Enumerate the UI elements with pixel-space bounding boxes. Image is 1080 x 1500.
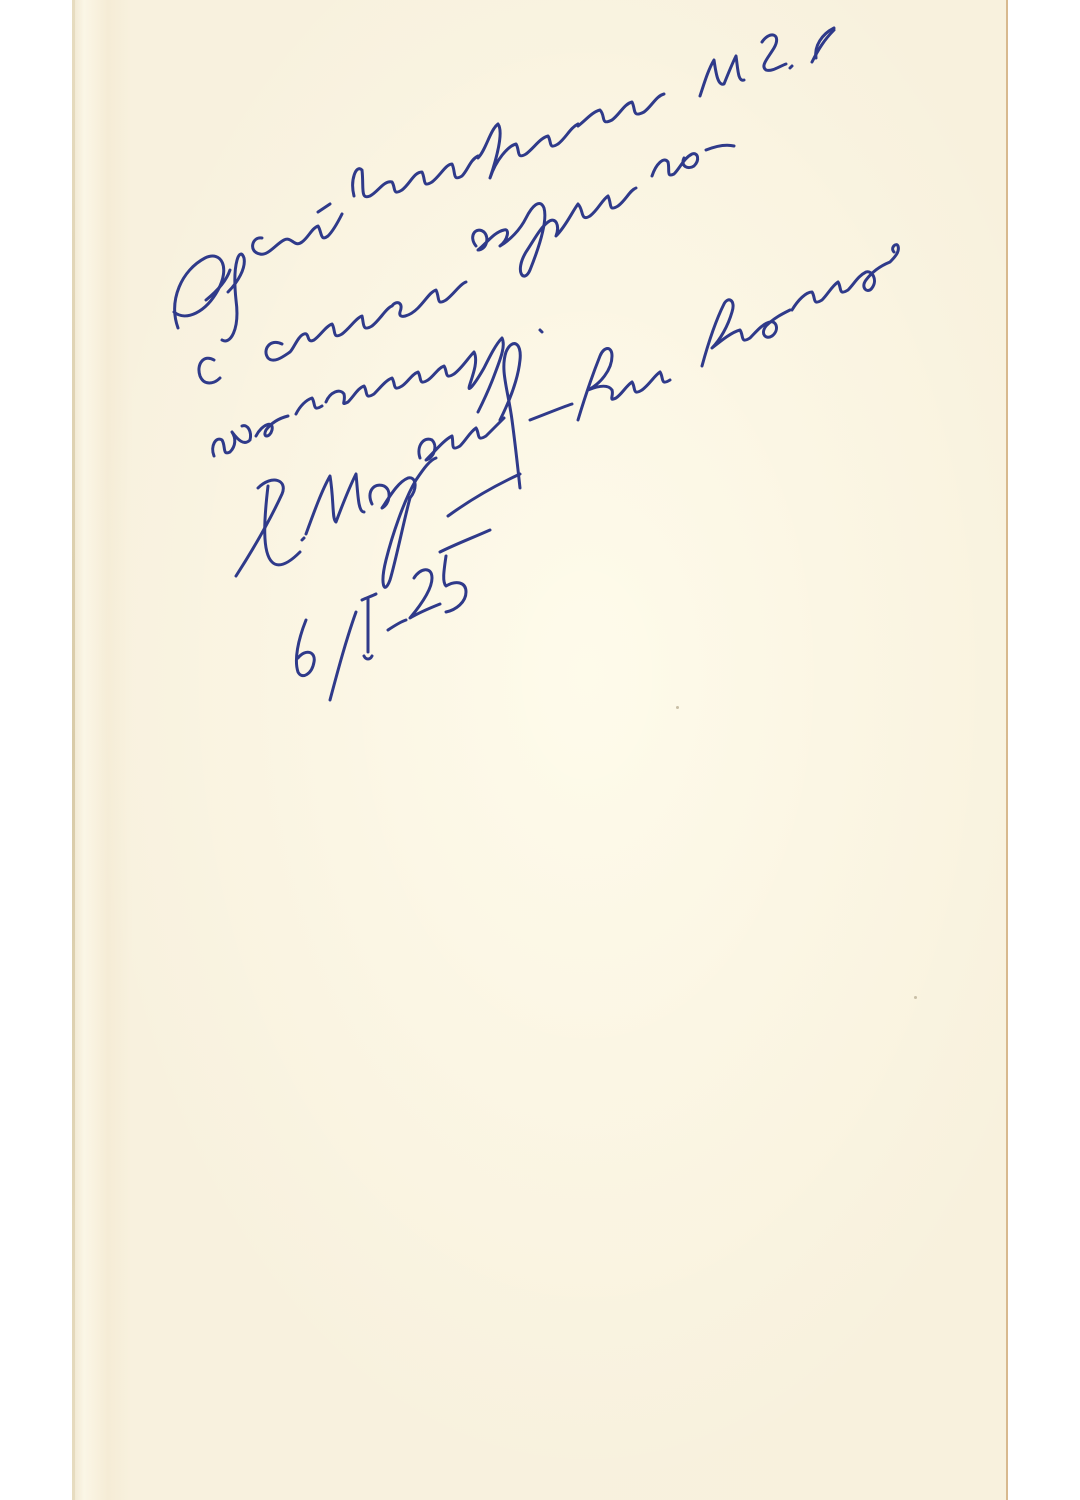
signature — [236, 245, 898, 588]
paper-speck — [676, 706, 679, 709]
handwritten-inscription — [0, 0, 1080, 1500]
paper-speck — [914, 996, 917, 999]
inscription-line-3 — [213, 330, 542, 456]
inscription-line-2 — [199, 145, 734, 383]
inscription-line-1 — [174, 28, 834, 341]
inscription-date — [296, 530, 490, 700]
